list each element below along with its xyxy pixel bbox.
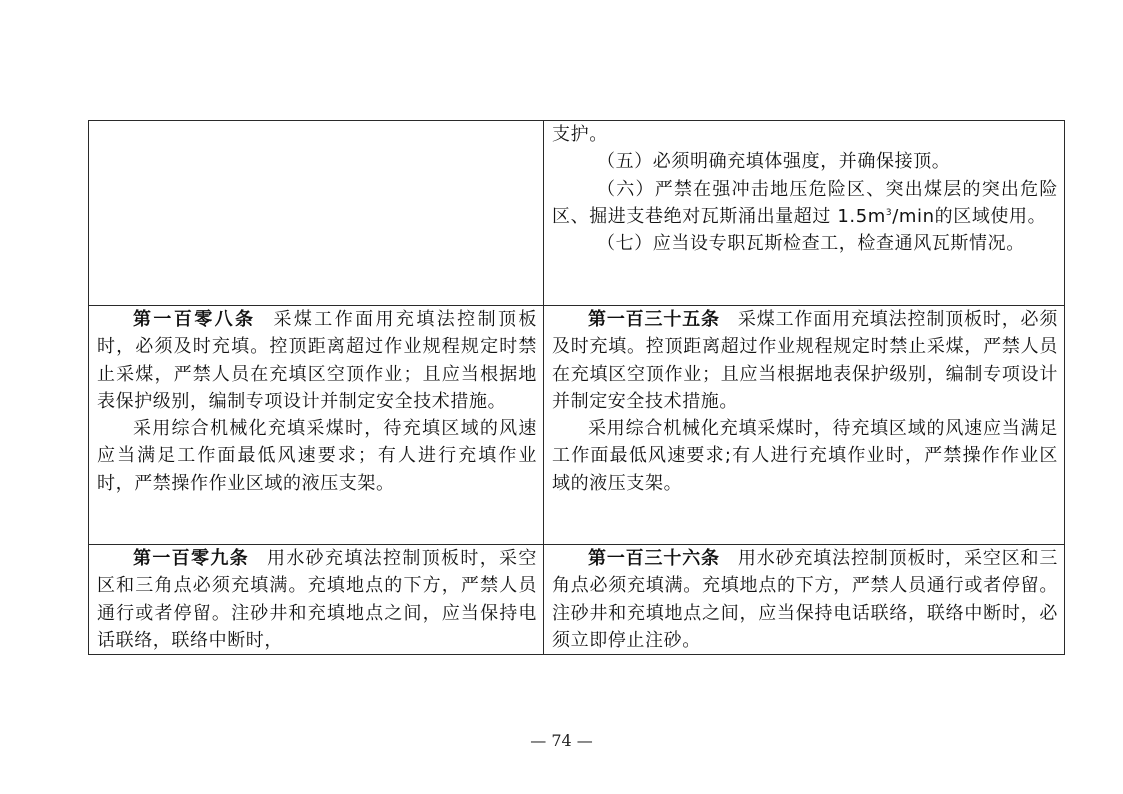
paragraph: 第一百三十五条采煤工作面用充填法控制顶板时，必须及时充填。控顶距离超过作业规程规…	[552, 306, 1058, 415]
new-text-cell: 支护。 （五）必须明确充填体强度，并确保接顶。 （六）严禁在强冲击地压危险区、突…	[544, 121, 1065, 306]
paragraph: 采用综合机械化充填采煤时，待充填区域的风速应当满足工作面最低风速要求；有人进行充…	[97, 415, 537, 497]
new-text-cell: 第一百三十五条采煤工作面用充填法控制顶板时，必须及时充填。控顶距离超过作业规程规…	[544, 306, 1065, 545]
paragraph: 支护。	[552, 121, 1058, 148]
paragraph: 采用综合机械化充填采煤时，待充填区域的风速应当满足工作面最低风速要求;有人进行充…	[552, 415, 1058, 497]
paragraph: （六）严禁在强冲击地压危险区、突出煤层的突出危险区、掘进支巷绝对瓦斯涌出量超过 …	[552, 176, 1058, 231]
article-heading: 第一百零九条	[133, 548, 249, 569]
table-row: 第一百零九条用水砂充填法控制顶板时，采空区和三角点必须充填满。充填地点的下方，严…	[89, 545, 1065, 655]
paragraph: 第一百三十六条用水砂充填法控制顶板时，采空区和三角点必须充填满。充填地点的下方，…	[552, 545, 1058, 654]
paragraph: （七）应当设专职瓦斯检查工，检查通风瓦斯情况。	[552, 230, 1058, 257]
article-heading: 第一百三十五条	[588, 309, 720, 330]
article-heading: 第一百零八条	[133, 309, 255, 330]
table-row: 第一百零八条采煤工作面用充填法控制顶板时，必须及时充填。控顶距离超过作业规程规定…	[89, 306, 1065, 545]
paragraph: 第一百零八条采煤工作面用充填法控制顶板时，必须及时充填。控顶距离超过作业规程规定…	[97, 306, 537, 415]
old-text-cell	[89, 121, 544, 306]
paragraph: （五）必须明确充填体强度，并确保接顶。	[552, 148, 1058, 175]
new-text-cell: 第一百三十六条用水砂充填法控制顶板时，采空区和三角点必须充填满。充填地点的下方，…	[544, 545, 1065, 655]
document-page: 支护。 （五）必须明确充填体强度，并确保接顶。 （六）严禁在强冲击地压危险区、突…	[0, 0, 1123, 794]
old-text-cell: 第一百零八条采煤工作面用充填法控制顶板时，必须及时充填。控顶距离超过作业规程规定…	[89, 306, 544, 545]
page-number: — 74 —	[0, 731, 1123, 750]
paragraph: 第一百零九条用水砂充填法控制顶板时，采空区和三角点必须充填满。充填地点的下方，严…	[97, 545, 537, 654]
table-row: 支护。 （五）必须明确充填体强度，并确保接顶。 （六）严禁在强冲击地压危险区、突…	[89, 121, 1065, 306]
old-text-cell: 第一百零九条用水砂充填法控制顶板时，采空区和三角点必须充填满。充填地点的下方，严…	[89, 545, 544, 655]
paragraph-text-tail: /min的区域使用。	[892, 206, 1046, 227]
comparison-table: 支护。 （五）必须明确充填体强度，并确保接顶。 （六）严禁在强冲击地压危险区、突…	[88, 120, 1065, 655]
article-heading: 第一百三十六条	[588, 548, 720, 569]
